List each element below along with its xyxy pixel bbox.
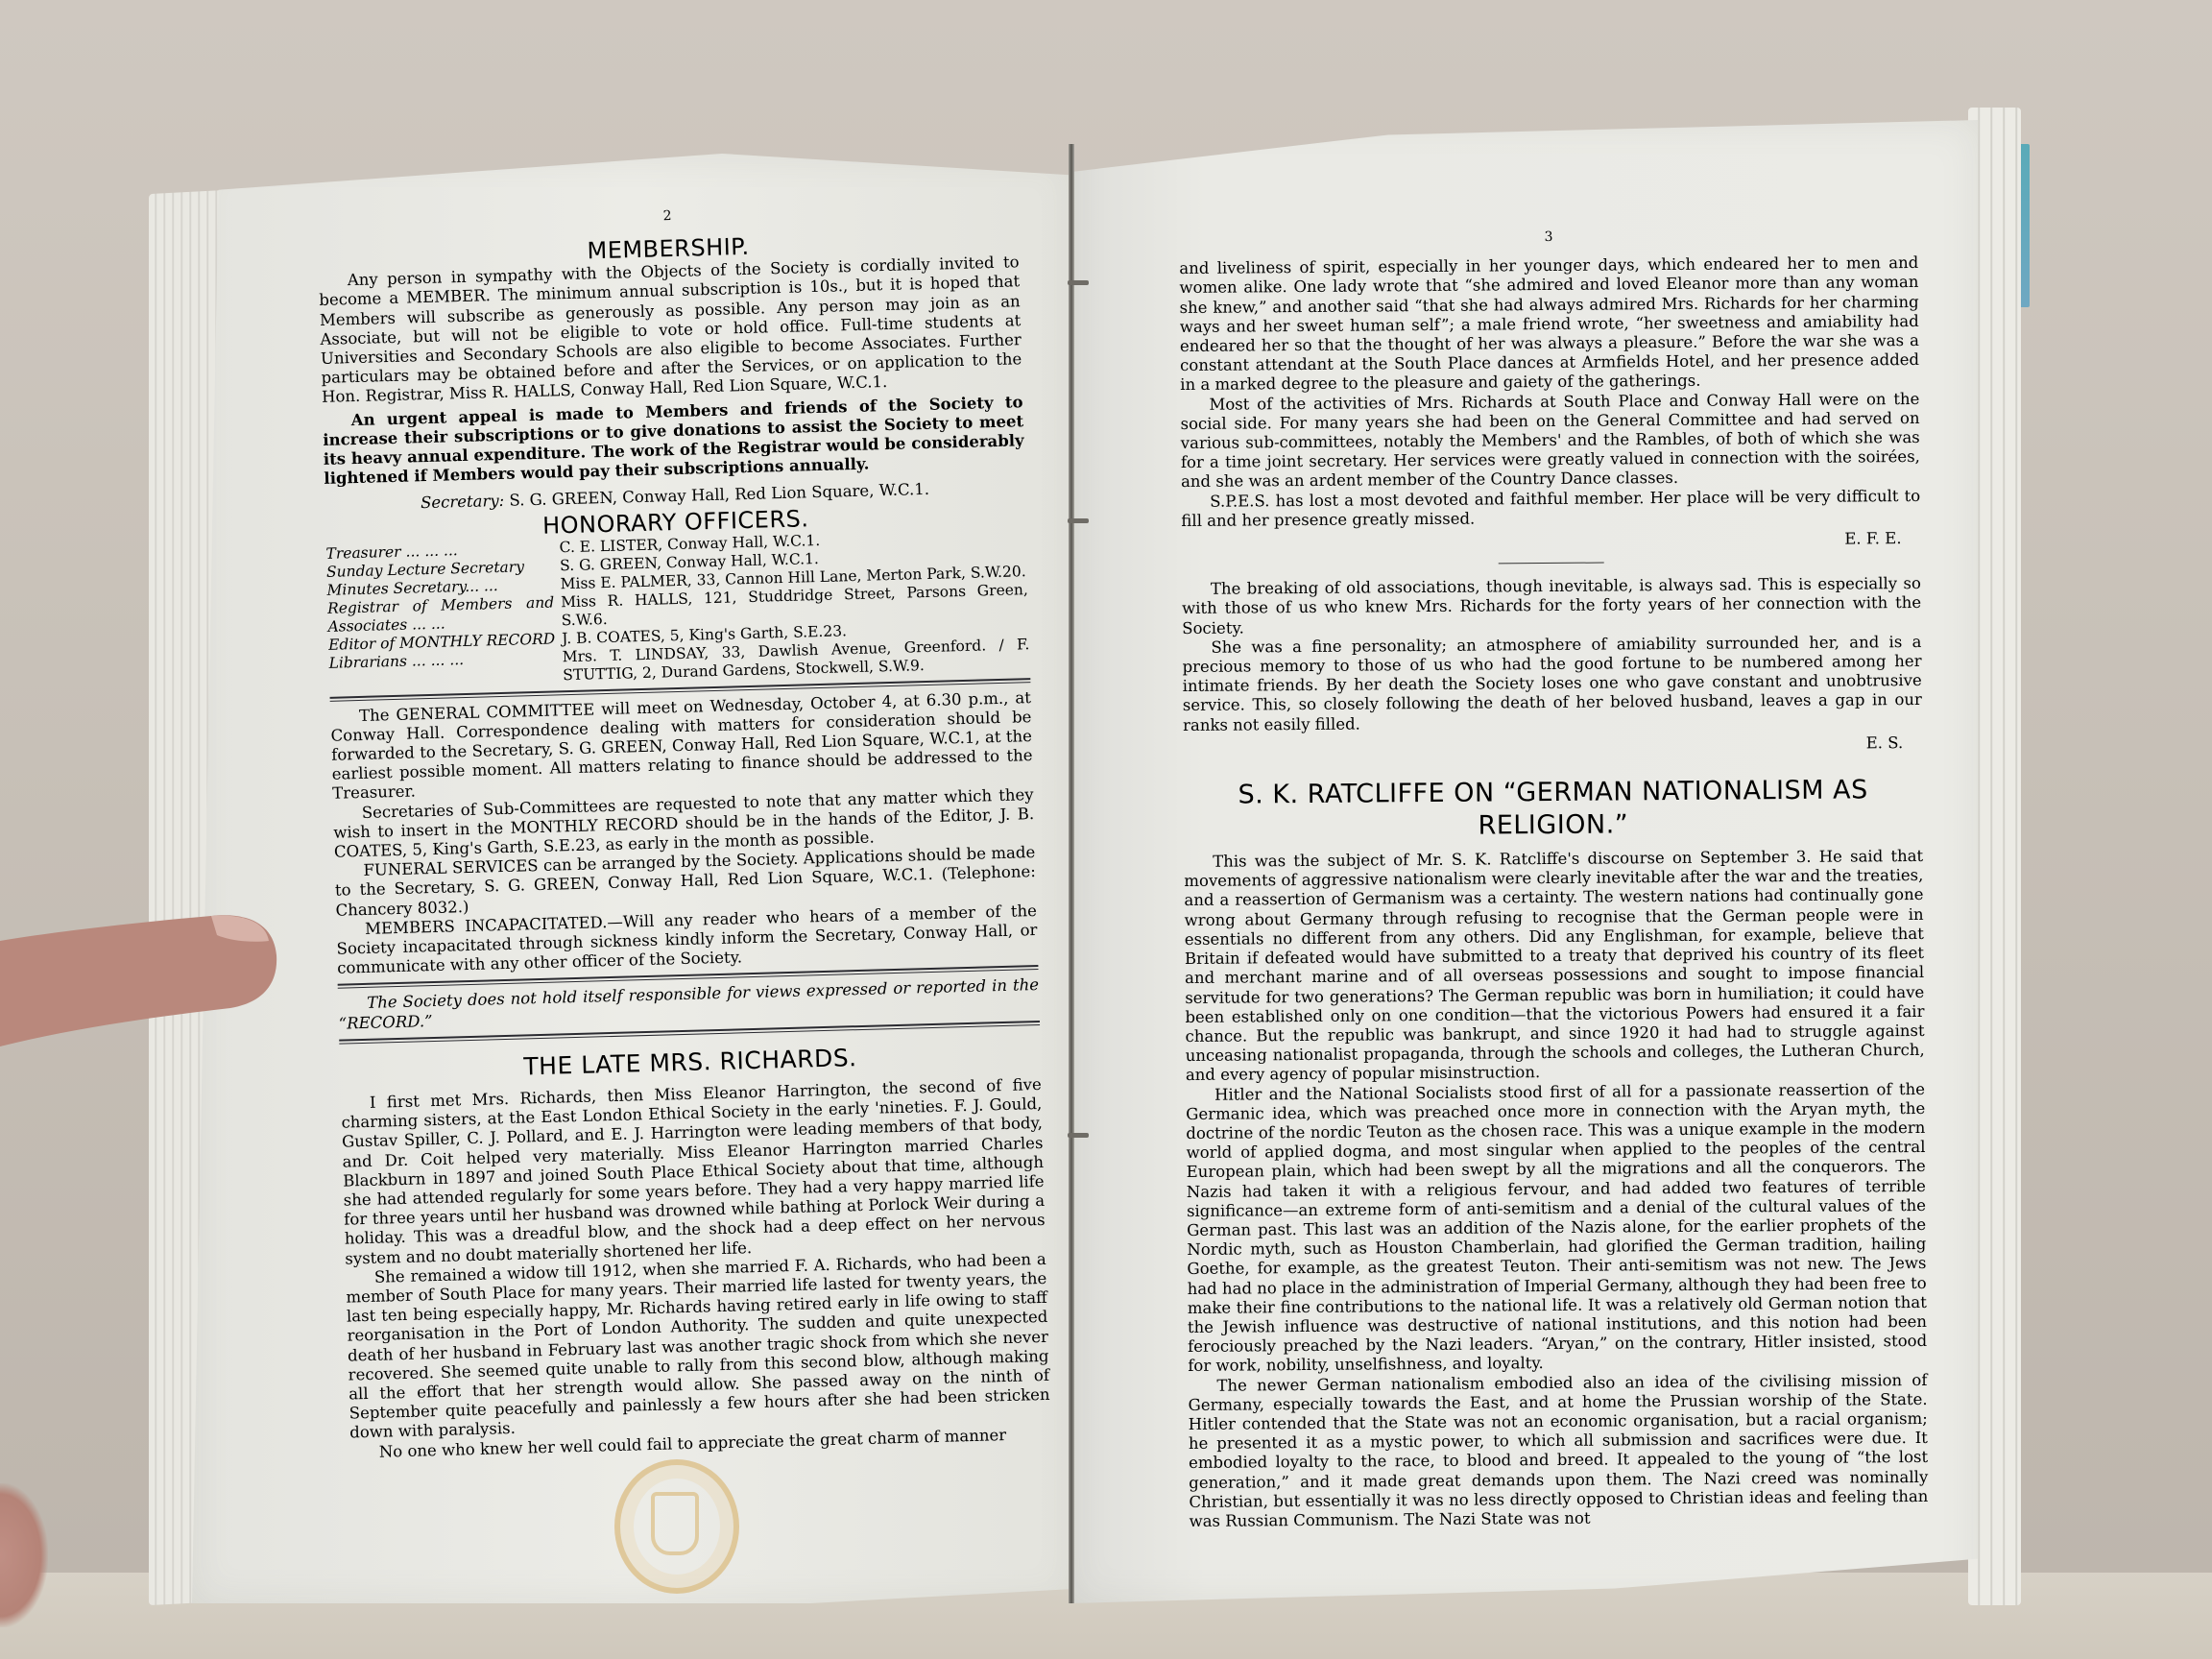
article-paragraph: This was the subject of Mr. S. K. Ratcli…	[1184, 847, 1925, 1085]
photo-open-booklet: 2 MEMBERSHIP. Any person in sympathy wit…	[0, 0, 2212, 1659]
officer-role: Registrar of Members and Associates ... …	[327, 593, 556, 636]
staple-icon	[1068, 1133, 1089, 1138]
tribute-paragraph: The breaking of old associations, though…	[1182, 574, 1921, 638]
article-paragraph: Hitler and the National Socialists stood…	[1186, 1079, 1927, 1376]
signature-efe: E. F. E.	[1181, 529, 1920, 554]
library-stamp-icon	[614, 1459, 739, 1594]
notice-general-committee: The GENERAL COMMITTEE will meet on Wedne…	[330, 688, 1033, 805]
thumb-icon	[0, 1483, 48, 1627]
tribute-paragraph: She was a fine personality; an atmospher…	[1182, 633, 1922, 735]
right-page-text: 3 and liveliness of spirit, especially i…	[1179, 225, 1929, 1531]
obituary-paragraph: She remained a widow till 1912, when she…	[346, 1250, 1051, 1444]
membership-paragraph: Any person in sympathy with the Objects …	[319, 252, 1023, 407]
obituary-continued-paragraph: and liveliness of spirit, especially in …	[1179, 253, 1919, 395]
obituary-paragraph: I first met Mrs. Richards, then Miss Ele…	[341, 1075, 1046, 1269]
left-page-text: 2 MEMBERSHIP. Any person in sympathy wit…	[317, 197, 1051, 1462]
book-gutter	[1069, 144, 1074, 1603]
staple-icon	[1068, 518, 1089, 523]
section-divider	[1499, 563, 1604, 565]
obituary-continued-paragraph: Most of the activities of Mrs. Richards …	[1180, 390, 1920, 493]
finger-icon	[0, 902, 288, 1056]
obituary-continued-paragraph: S.P.E.S. has lost a most devoted and fai…	[1181, 487, 1920, 531]
article-heading: S. K. RATCLIFFE ON “GERMAN NATIONALISM A…	[1183, 774, 1923, 845]
appeal-paragraph: An urgent appeal is made to Members and …	[323, 393, 1025, 490]
officer-role: Librarians ... ... ...	[328, 648, 557, 690]
staple-icon	[1068, 280, 1089, 285]
officers-table: Treasurer ... ... ... C. E. LISTER, Conw…	[325, 526, 1030, 691]
secretary-label: Secretary:	[421, 492, 505, 512]
article-paragraph: The newer German nationalism embodied al…	[1188, 1370, 1928, 1531]
signature-es: E. S.	[1183, 733, 1922, 758]
